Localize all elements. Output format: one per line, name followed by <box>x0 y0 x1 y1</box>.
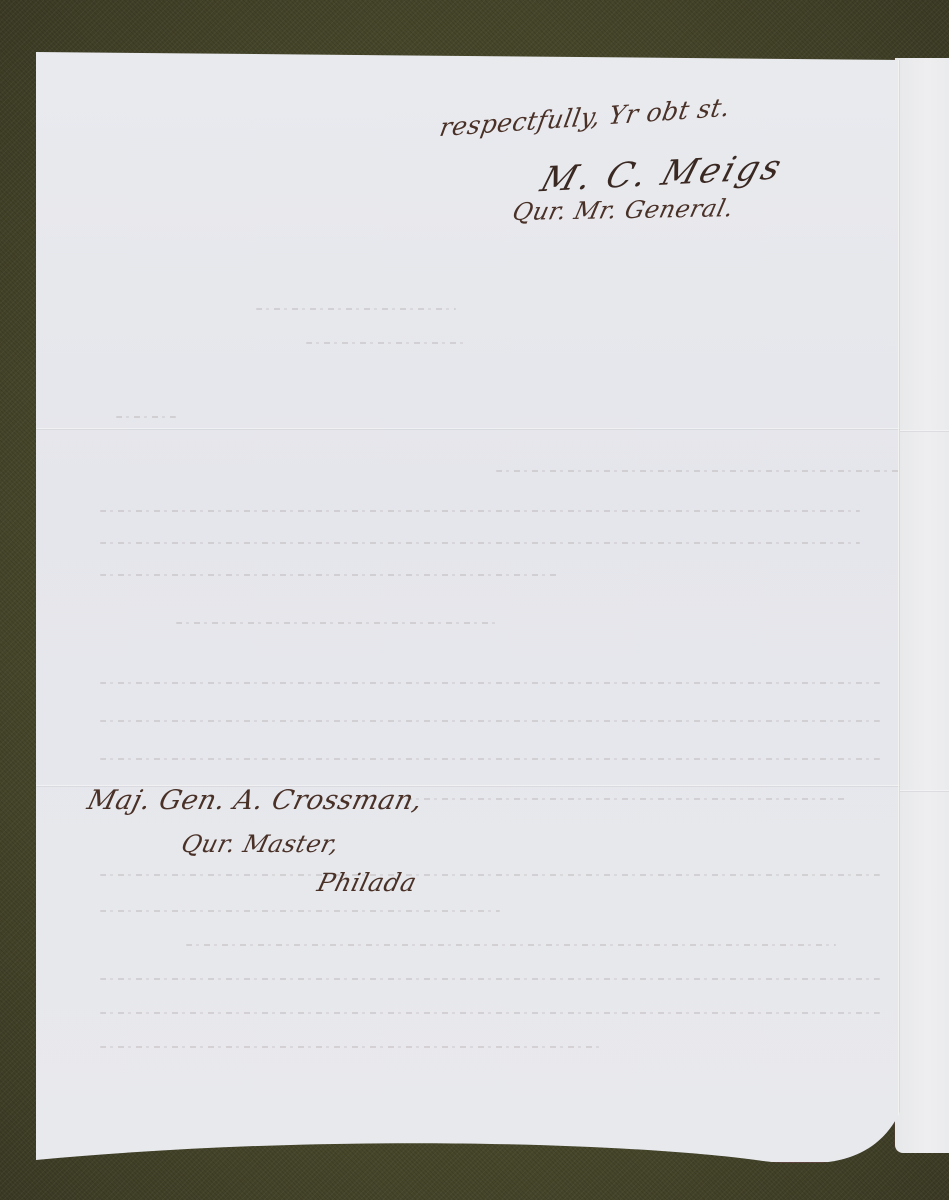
addressee-city: Philada <box>314 868 419 897</box>
addressee-title: Qur. Master, <box>179 830 343 858</box>
horizontal-fold-upper <box>36 428 900 430</box>
signer-title: Qur. Mr. General. <box>510 194 737 226</box>
facing-page <box>895 58 949 1153</box>
fold-line <box>895 790 949 792</box>
letter-page <box>36 52 900 1162</box>
spine-fold <box>898 52 900 1162</box>
fold-line <box>895 430 949 432</box>
addressee-name: Maj. Gen. A. Crossman, <box>84 785 426 816</box>
